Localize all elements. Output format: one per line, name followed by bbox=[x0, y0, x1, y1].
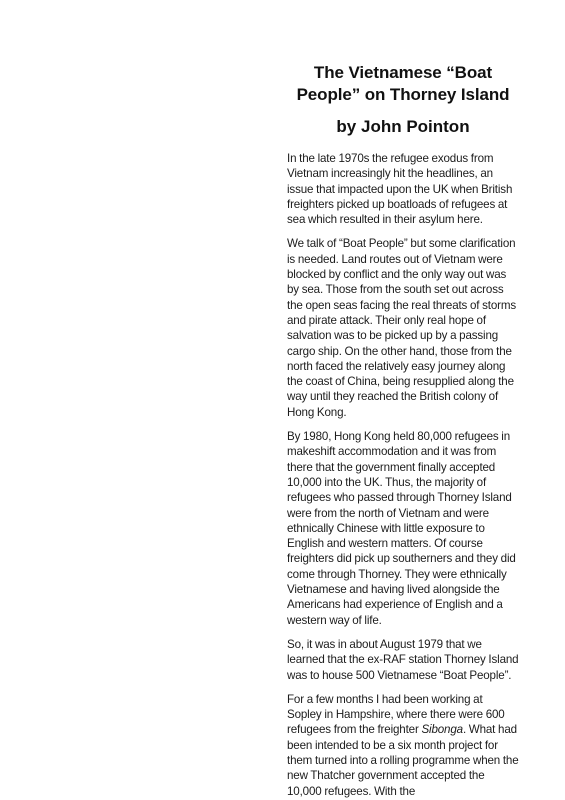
ship-name-sibonga: Sibonga bbox=[421, 723, 463, 736]
paragraph-intro: In the late 1970s the refugee exodus fro… bbox=[287, 151, 519, 227]
paragraph-sopley: For a few months I had been working at S… bbox=[287, 692, 519, 799]
author-byline: by John Pointon bbox=[287, 116, 519, 138]
article-body: In the late 1970s the refugee exodus fro… bbox=[287, 151, 519, 799]
text-column: The Vietnamese “Boat People” on Thorney … bbox=[287, 62, 519, 800]
article-title: The Vietnamese “Boat People” on Thorney … bbox=[287, 62, 519, 106]
paragraph-august-1979: So, it was in about August 1979 that we … bbox=[287, 637, 519, 683]
paragraph-boat-people-clarification: We talk of “Boat People” but some clarif… bbox=[287, 236, 519, 420]
document-page: The Vietnamese “Boat People” on Thorney … bbox=[0, 0, 565, 800]
paragraph-hong-kong-1980: By 1980, Hong Kong held 80,000 refugees … bbox=[287, 429, 519, 628]
